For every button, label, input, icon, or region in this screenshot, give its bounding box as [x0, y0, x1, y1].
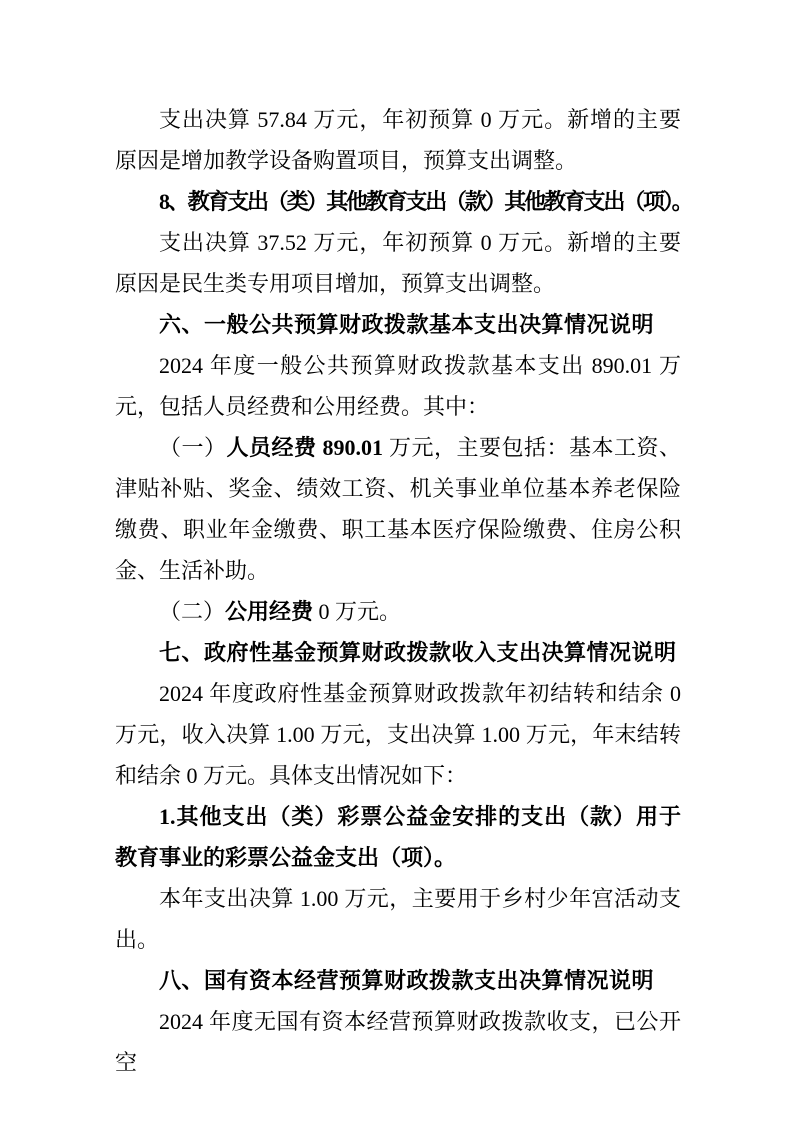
paragraph-1: 支出决算 57.84 万元，年初预算 0 万元。新增的主要原因是增加教学设备购置… [115, 99, 681, 181]
paragraph-7: （二）公用经费 0 万元。 [115, 591, 681, 632]
paragraph-13: 2024 年度无国有资本经营预算财政拨款收支，已公开空 [115, 1001, 681, 1083]
text-run: 本年支出决算 1.00 万元，主要用于乡村少年宫活动支出。 [115, 886, 681, 952]
text-run: 公用经费 [225, 599, 313, 624]
text-run: 0 万元。 [313, 599, 401, 624]
text-run: 支出决算 57.84 万元，年初预算 0 万元。新增的主要原因是增加教学设备购置… [115, 107, 681, 173]
text-run: 2024 年度无国有资本经营预算财政拨款收支，已公开空 [115, 1009, 681, 1075]
paragraph-9: 2024 年度政府性基金预算财政拨款年初结转和结余 0 万元，收入决算 1.00… [115, 673, 681, 796]
text-run: （一） [159, 435, 227, 460]
paragraph-11: 本年支出决算 1.00 万元，主要用于乡村少年宫活动支出。 [115, 878, 681, 960]
document-content: 支出决算 57.84 万元，年初预算 0 万元。新增的主要原因是增加教学设备购置… [115, 99, 681, 1083]
paragraph-12: 八、国有资本经营预算财政拨款支出决算情况说明 [115, 960, 681, 1001]
paragraph-6: （一）人员经费 890.01 万元，主要包括：基本工资、津贴补贴、奖金、绩效工资… [115, 427, 681, 591]
paragraph-2: 8、教育支出（类）其他教育支出（款）其他教育支出（项）。 [115, 181, 681, 222]
paragraph-10: 1.其他支出（类）彩票公益金安排的支出（款）用于教育事业的彩票公益金支出（项）。 [115, 796, 681, 878]
text-run: 七、政府性基金预算财政拨款收入支出决算情况说明 [159, 640, 677, 665]
text-run: 八、国有资本经营预算财政拨款支出决算情况说明 [159, 968, 654, 993]
text-run: 8、教育支出（类）其他教育支出（款）其他教育支出（项）。 [159, 189, 691, 214]
text-run: 2024 年度政府性基金预算财政拨款年初结转和结余 0 万元，收入决算 1.00… [115, 681, 681, 788]
document-page: 支出决算 57.84 万元，年初预算 0 万元。新增的主要原因是增加教学设备购置… [0, 0, 793, 1122]
paragraph-8: 七、政府性基金预算财政拨款收入支出决算情况说明 [115, 632, 681, 673]
text-run: 1.其他支出（类）彩票公益金安排的支出（款）用于教育事业的彩票公益金支出（项）。 [115, 804, 681, 870]
text-run: 支出决算 37.52 万元，年初预算 0 万元。新增的主要原因是民生类专用项目增… [115, 230, 681, 296]
text-run: （二） [159, 599, 225, 624]
paragraph-3: 支出决算 37.52 万元，年初预算 0 万元。新增的主要原因是民生类专用项目增… [115, 222, 681, 304]
text-run: 2024 年度一般公共预算财政拨款基本支出 890.01 万元，包括人员经费和公… [115, 353, 681, 419]
text-run: 人员经费 890.01 [227, 435, 390, 460]
text-run: 六、一般公共预算财政拨款基本支出决算情况说明 [159, 312, 654, 337]
paragraph-5: 2024 年度一般公共预算财政拨款基本支出 890.01 万元，包括人员经费和公… [115, 345, 681, 427]
paragraph-4: 六、一般公共预算财政拨款基本支出决算情况说明 [115, 304, 681, 345]
